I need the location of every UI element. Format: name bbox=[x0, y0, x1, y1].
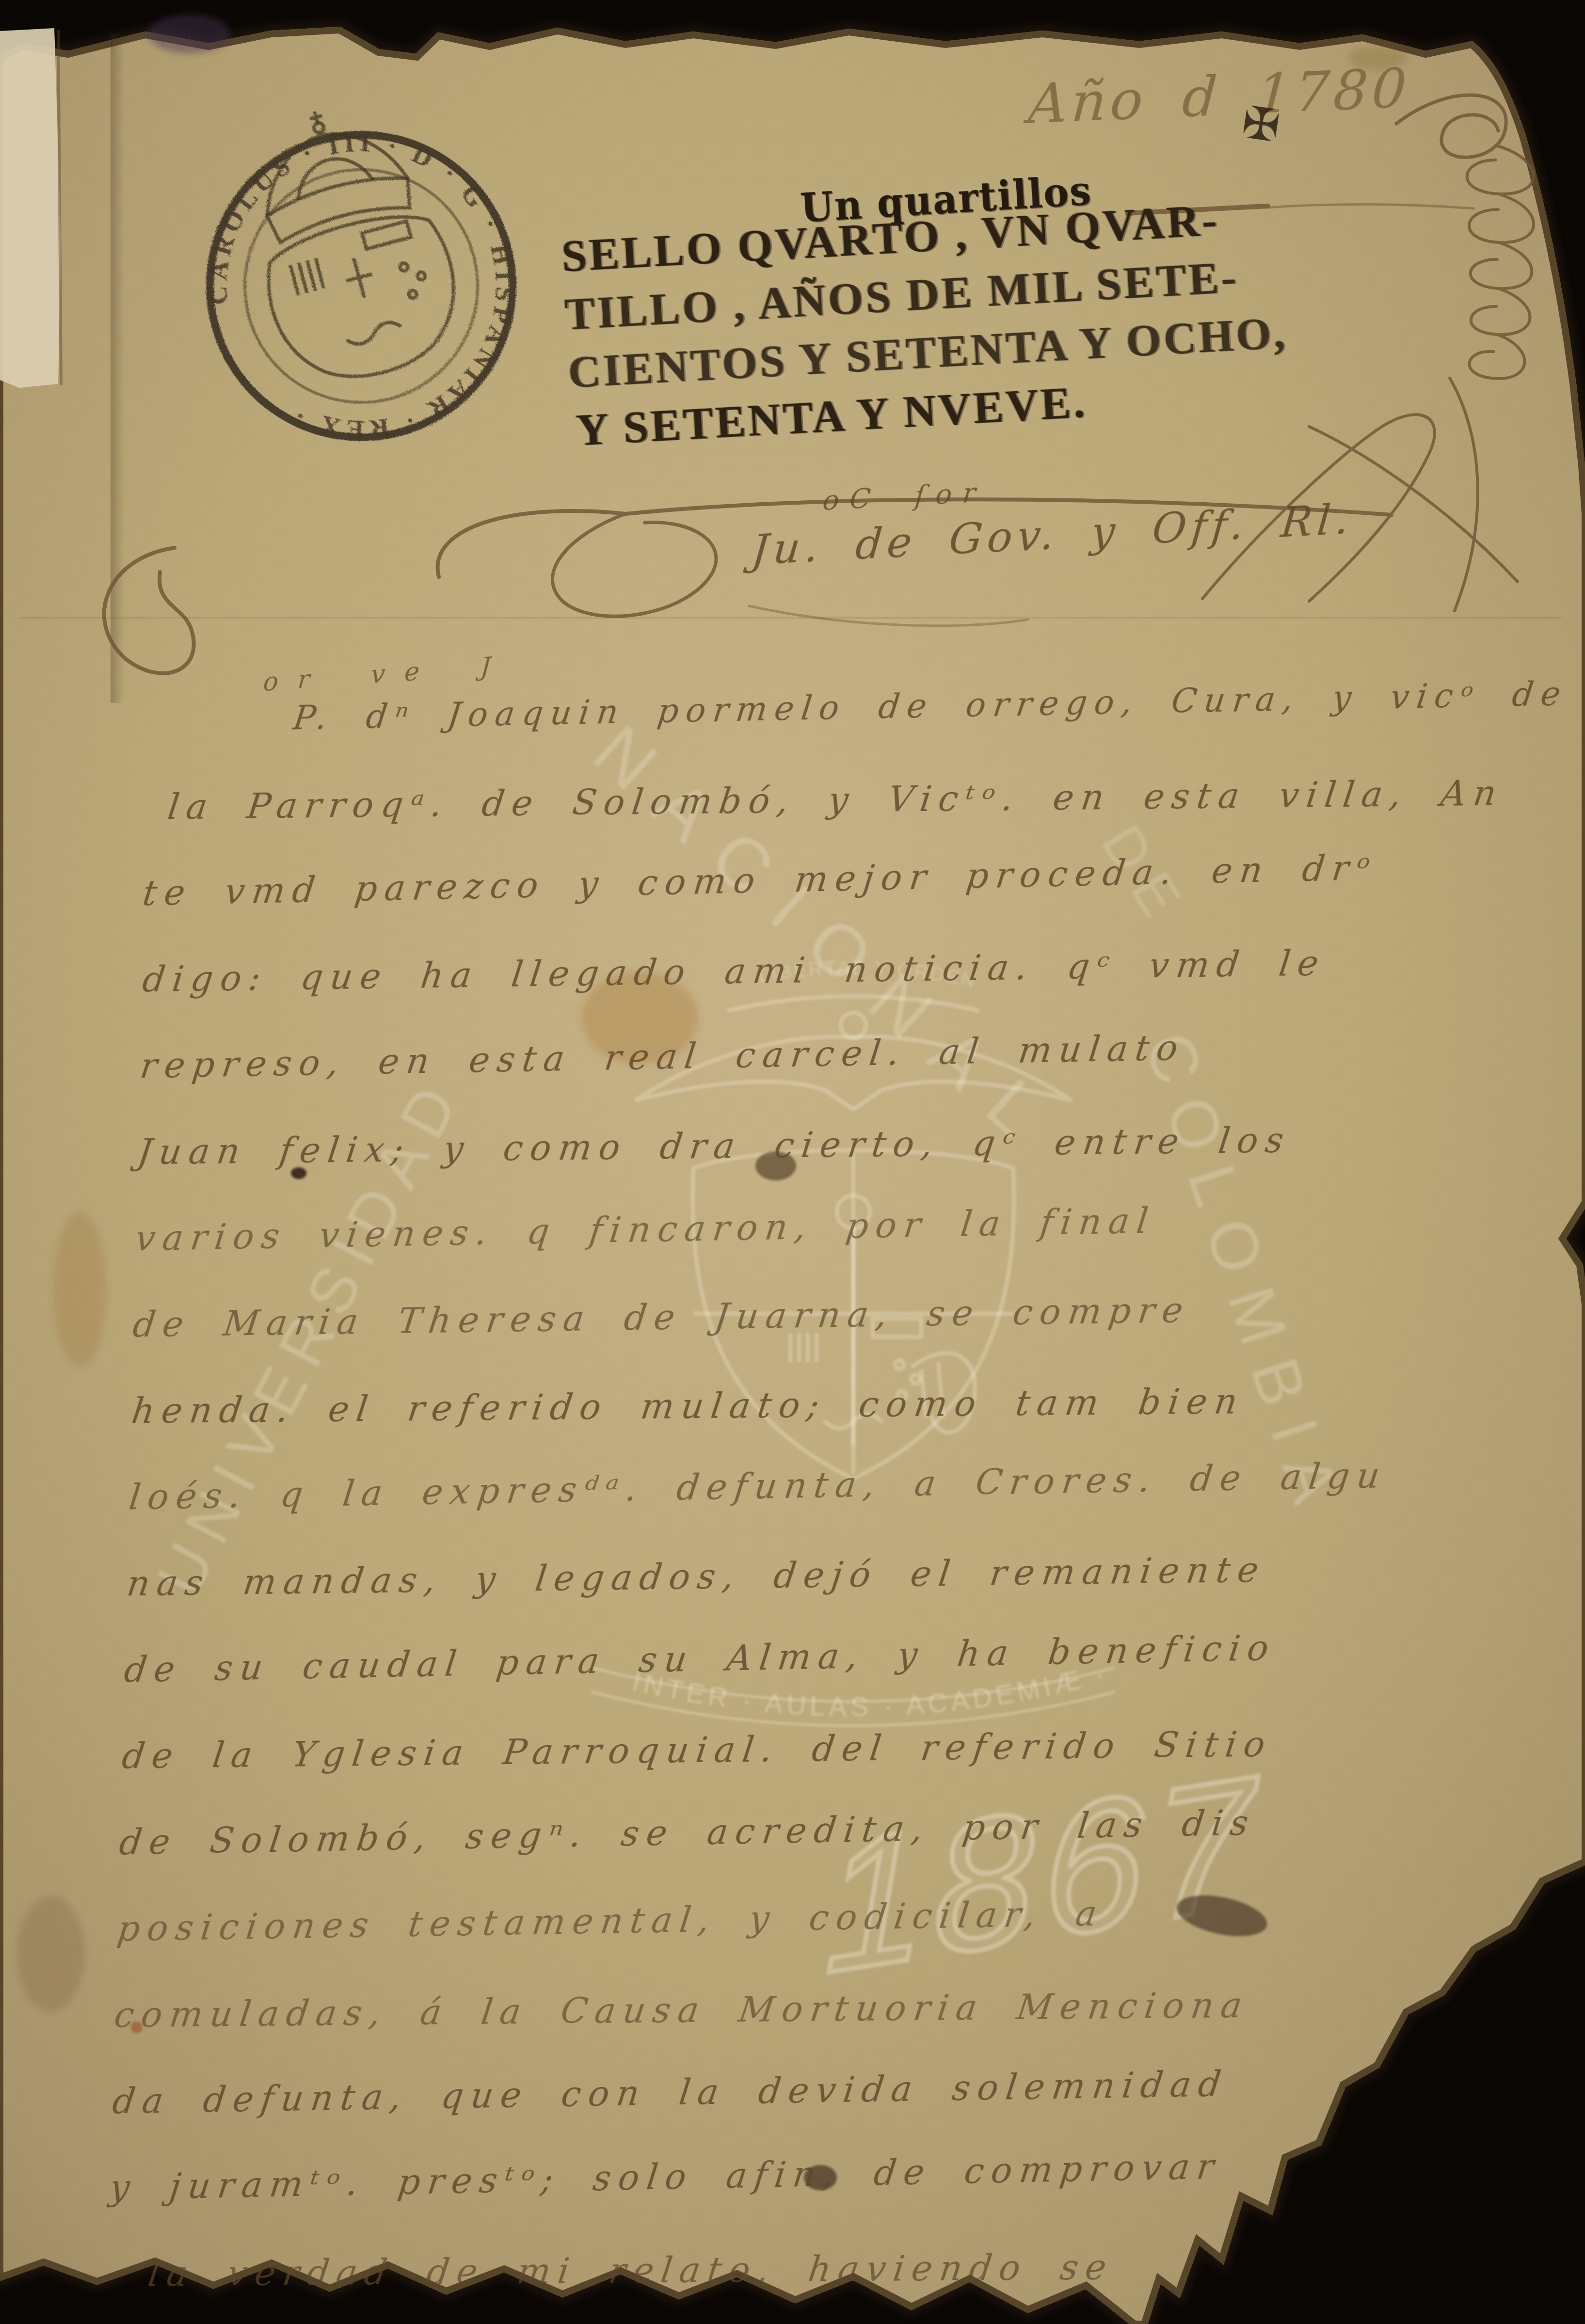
under-folio-edge bbox=[0, 28, 61, 388]
document-scan: { "doc": { "year_annotation": "Año d 178… bbox=[0, 0, 1585, 2324]
paper-crease bbox=[19, 617, 1561, 619]
cross-ornament-icon: ✠ bbox=[1239, 96, 1283, 153]
seal-text-block: SELLO QVARTO , VN QVAR- TILLO , AÑOS DE … bbox=[560, 188, 1292, 460]
manuscript-line: la verdad de mi relato, haviendo se bbox=[146, 2246, 1116, 2294]
fold-shadow bbox=[111, 34, 124, 703]
